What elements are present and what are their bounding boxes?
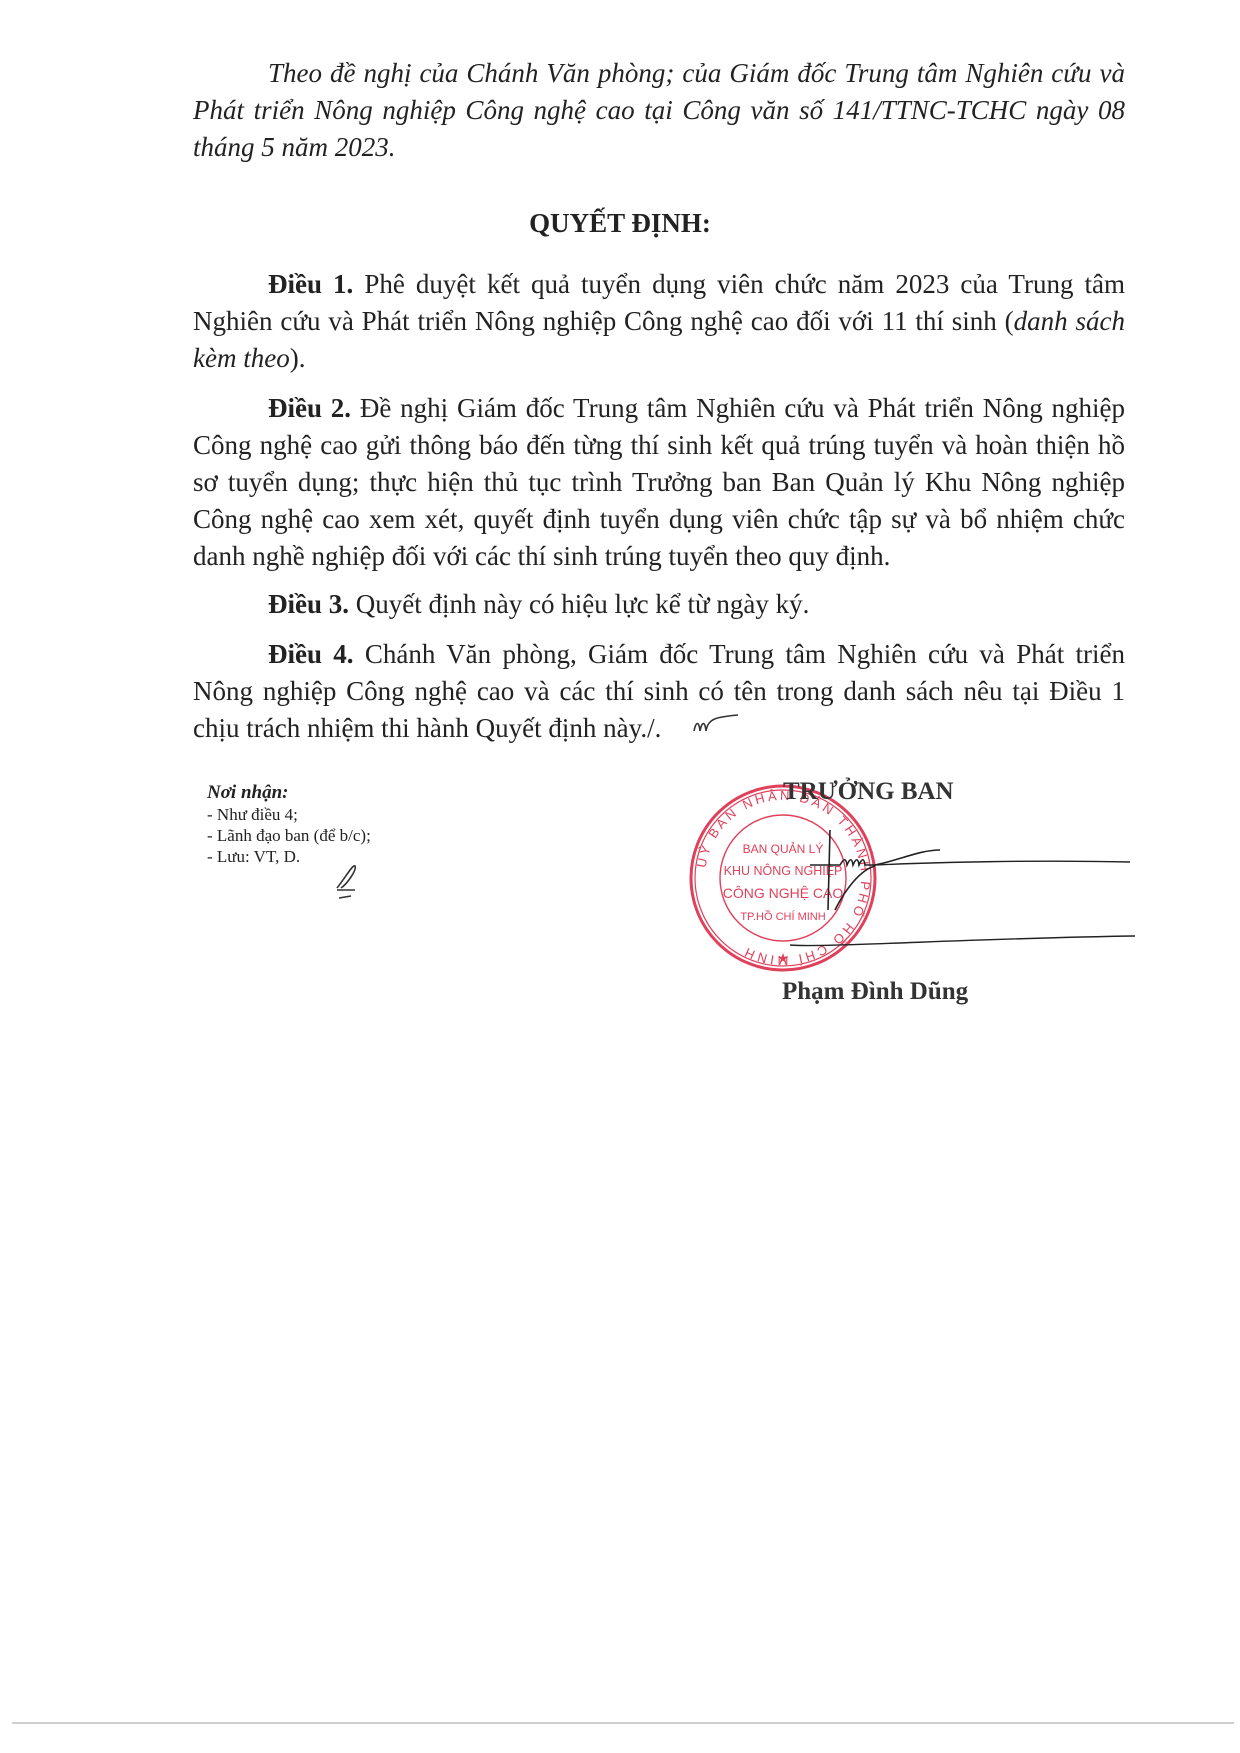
article-1: Điều 1. Phê duyệt kết quả tuyển dụng viê… (193, 266, 1125, 377)
article-3: Điều 3. Quyết định này có hiệu lực kể từ… (193, 586, 1125, 623)
article-1-label: Điều 1. (268, 269, 353, 299)
intro-paragraph: Theo đề nghị của Chánh Văn phòng; của Gi… (193, 55, 1125, 166)
initial-mark-icon (333, 860, 363, 900)
initial-mark-icon (690, 707, 740, 737)
recipient-item: - Như điều 4; (207, 804, 371, 825)
article-2-label: Điều 2. (268, 393, 351, 423)
article-4: Điều 4. Chánh Văn phòng, Giám đốc Trung … (193, 636, 1125, 747)
article-3-text: Quyết định này có hiệu lực kể từ ngày ký… (349, 589, 809, 619)
article-4-label: Điều 4. (268, 639, 354, 669)
recipients-block: Nơi nhận: - Như điều 4; - Lãnh đạo ban (… (207, 781, 371, 867)
handwritten-signature-icon (780, 820, 1140, 970)
article-3-label: Điều 3. (268, 589, 349, 619)
signer-name: Phạm Đình Dũng (782, 978, 968, 1006)
document-page: Theo đề nghị của Chánh Văn phòng; của Gi… (0, 0, 1240, 1753)
decision-heading: QUYẾT ĐỊNH: (0, 205, 1240, 242)
page-edge-divider (12, 1722, 1234, 1724)
article-2: Điều 2. Đề nghị Giám đốc Trung tâm Nghiê… (193, 390, 1125, 575)
signer-title: TRƯỞNG BAN (783, 778, 954, 806)
recipient-item: - Lãnh đạo ban (để b/c); (207, 825, 371, 846)
article-1-tail: ). (290, 343, 306, 373)
recipients-title: Nơi nhận: (207, 781, 371, 804)
